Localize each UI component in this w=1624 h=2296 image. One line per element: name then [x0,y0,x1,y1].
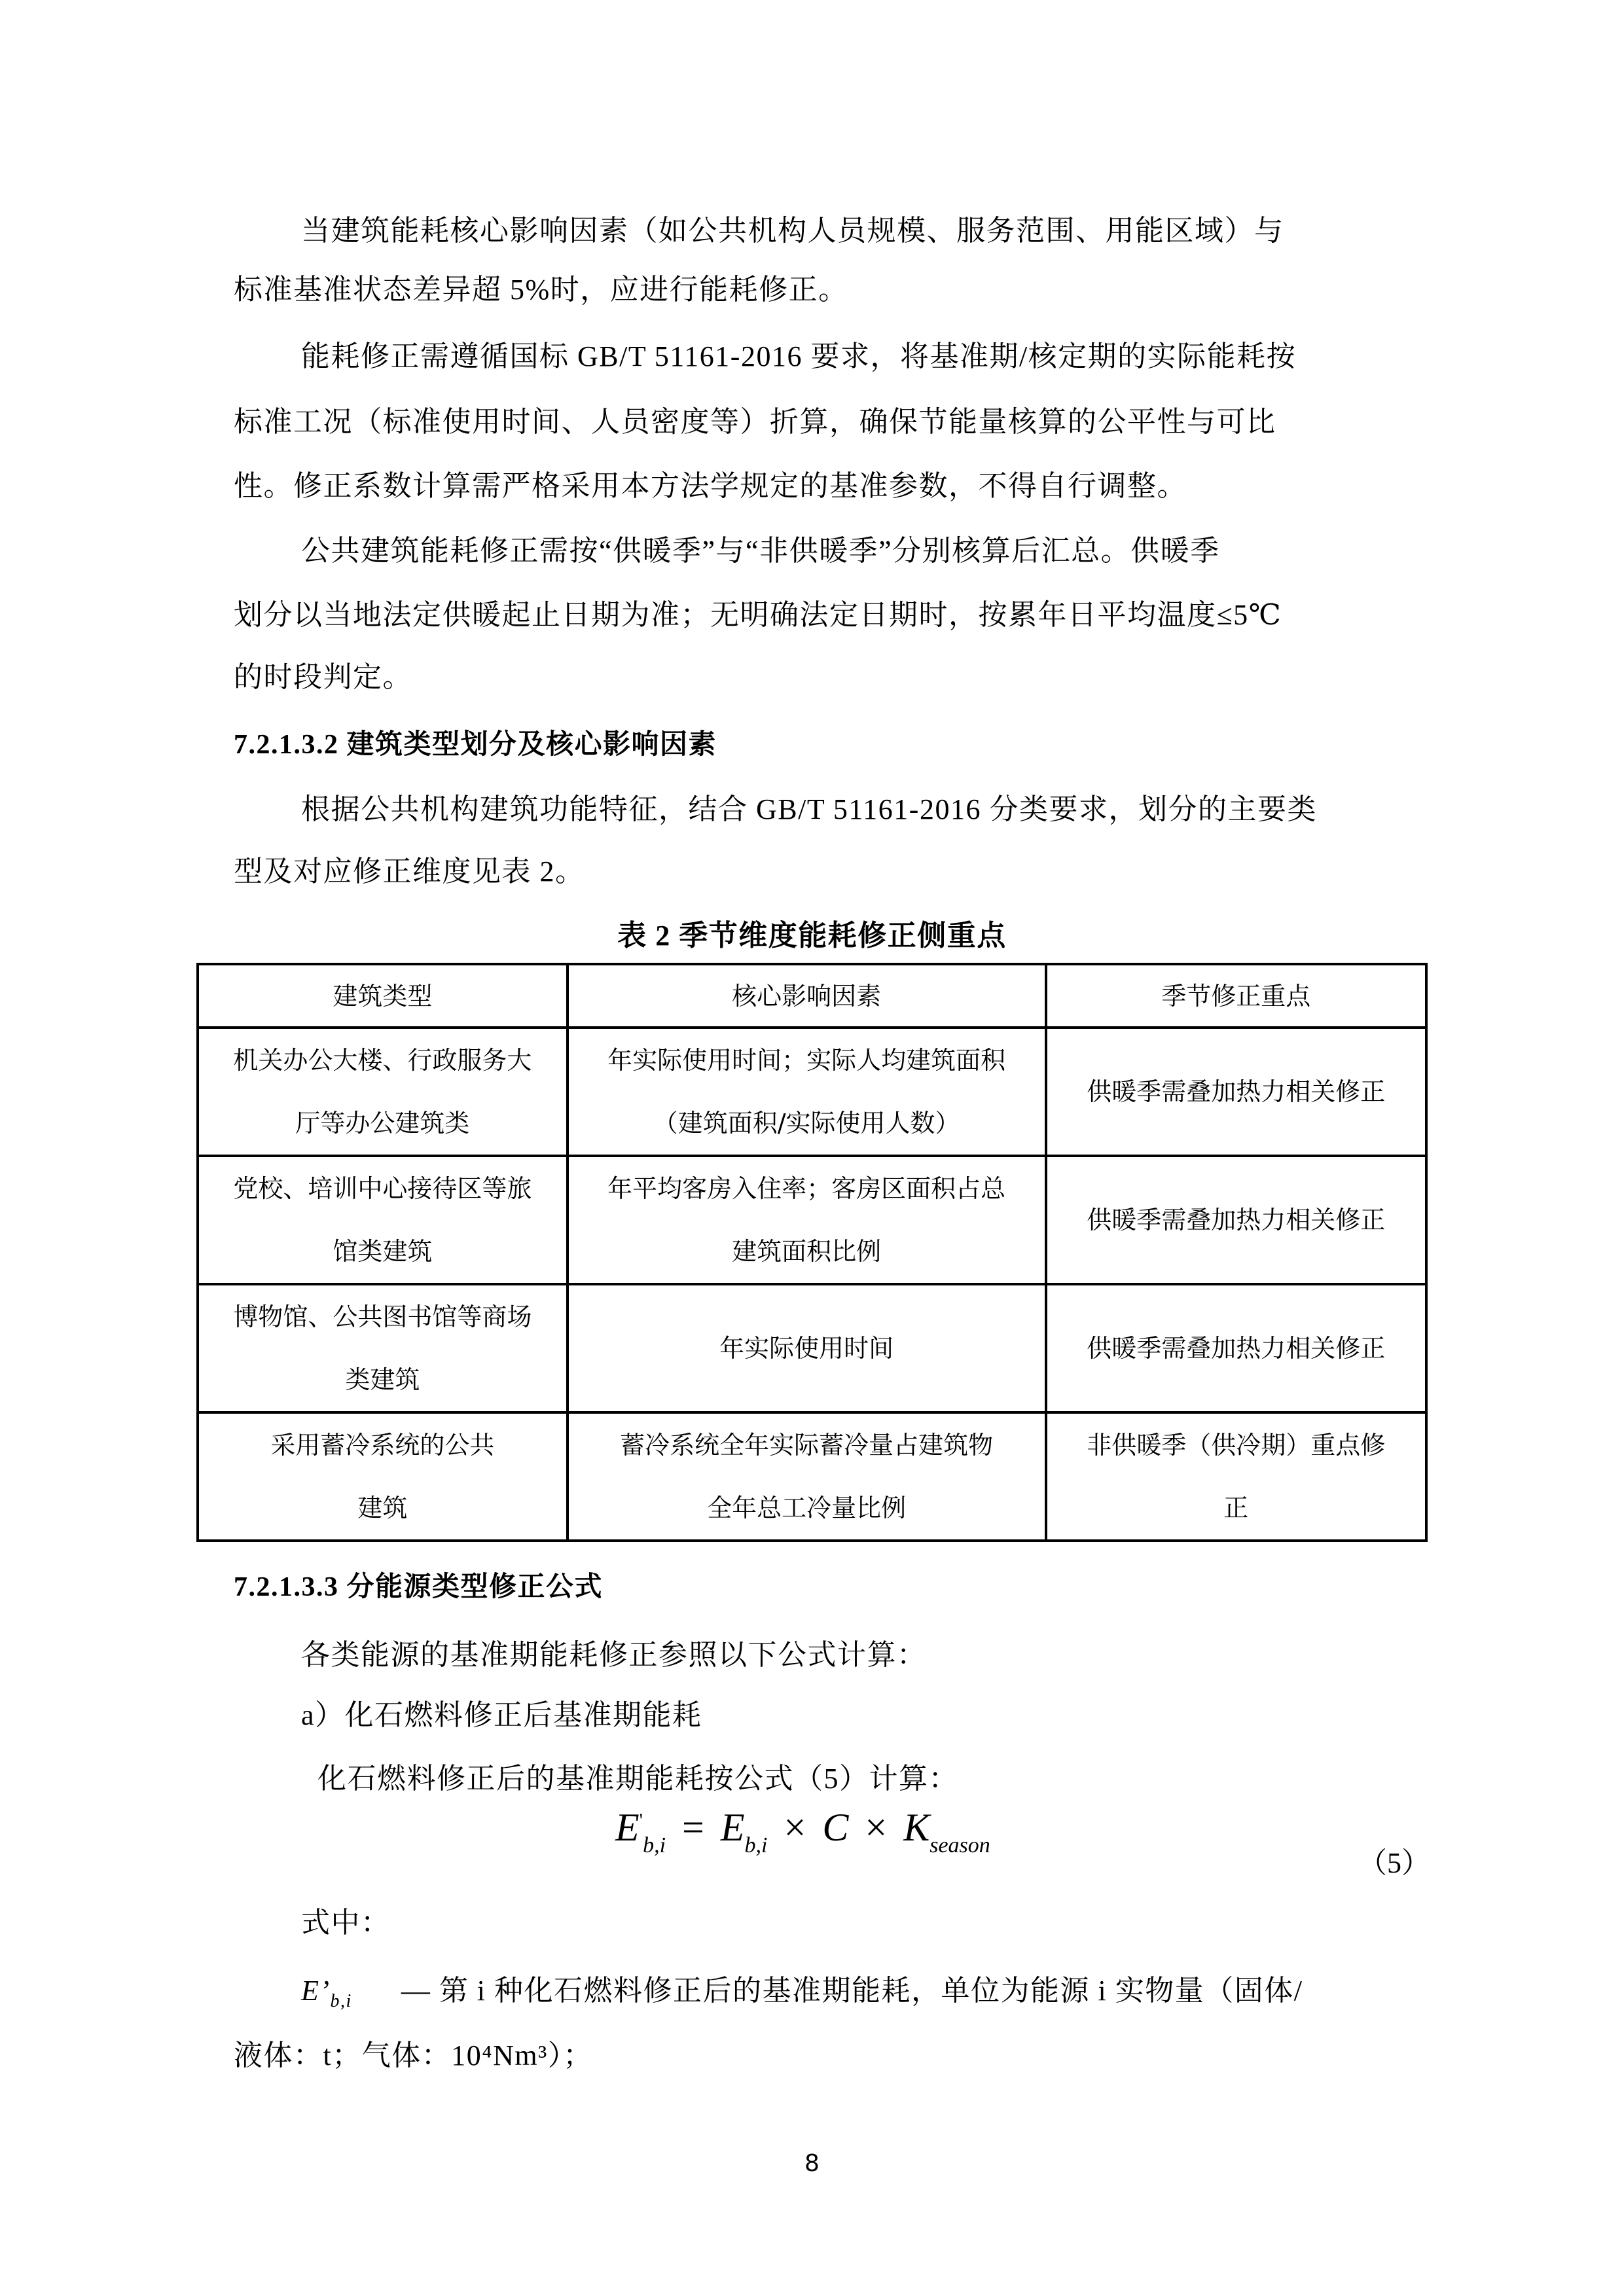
list-item-a: a）化石燃料修正后基准期能耗 [301,1697,702,1734]
where-label: 式中： [301,1905,391,1941]
cell-building-type: 党校、培训中心接待区等旅馆类建筑 [198,1156,568,1284]
paragraph-3-line-3: 的时段判定。 [234,659,412,696]
season-correction-table: 建筑类型 核心影响因素 季节修正重点 机关办公大楼、行政服务大厅等办公建筑类 年… [196,963,1428,1542]
cell-building-type: 机关办公大楼、行政服务大厅等办公建筑类 [198,1028,568,1156]
cell-season-focus: 非供暖季（供冷期）重点修正 [1046,1412,1426,1541]
cell-core-factor: 年实际使用时间 [568,1284,1046,1412]
paragraph-4-line-2: 型及对应修正维度见表 2。 [234,853,585,890]
paragraph-2-line-2: 标准工况（标准使用时间、人员密度等）折算，确保节能量核算的公平性与可比 [234,404,1276,440]
definition-e-prime-line-2: 液体：t；气体：10⁴Nm³）； [234,2037,593,2074]
paragraph-1-line-2: 标准基准状态差异超 5%时，应进行能耗修正。 [234,272,848,308]
table-row: 采用蓄冷系统的公共建筑 蓄冷系统全年实际蓄冷量占建筑物全年总工冷量比例 非供暖季… [198,1412,1426,1541]
header-core-factor: 核心影响因素 [568,964,1046,1028]
paragraph-2-line-1: 能耗修正需遵循国标 GB/T 51161-2016 要求，将基准期/核定期的实际… [301,338,1296,375]
table-caption: 表 2 季节维度能耗修正侧重点 [0,918,1624,954]
formula-5: E'b,i = Eb,i × C × Kseason [615,1805,990,1858]
cell-core-factor: 年实际使用时间；实际人均建筑面积（建筑面积/实际使用人数） [568,1028,1046,1156]
table-row: 博物馆、公共图书馆等商场类建筑 年实际使用时间 供暖季需叠加热力相关修正 [198,1284,1426,1412]
equation-number: （5） [1358,1839,1430,1881]
paragraph-7: 化石燃料修正后的基准期能耗按公式（5）计算： [317,1761,958,1797]
paragraph-2-line-3: 性。修正系数计算需严格采用本方法学规定的基准参数，不得自行调整。 [234,468,1187,505]
header-season-focus: 季节修正重点 [1046,964,1426,1028]
cell-season-focus: 供暖季需叠加热力相关修正 [1046,1284,1426,1412]
header-building-type: 建筑类型 [198,964,568,1028]
paragraph-1-line-1: 当建筑能耗核心影响因素（如公共机构人员规模、服务范围、用能区域）与 [301,213,1284,249]
symbol-e-prime: E’b,i [301,1975,352,2007]
table-header-row: 建筑类型 核心影响因素 季节修正重点 [198,964,1426,1028]
cell-building-type: 采用蓄冷系统的公共建筑 [198,1412,568,1541]
section-heading-7-2-1-3-2: 7.2.1.3.2 建筑类型划分及核心影响因素 [234,726,717,763]
cell-season-focus: 供暖季需叠加热力相关修正 [1046,1156,1426,1284]
definition-e-prime: E’b,i — 第 i 种化石燃料修正后的基准期能耗，单位为能源 i 实物量（固… [301,1973,1303,2020]
table-row: 机关办公大楼、行政服务大厅等办公建筑类 年实际使用时间；实际人均建筑面积（建筑面… [198,1028,1426,1156]
paragraph-3-line-2: 划分以当地法定供暖起止日期为准；无明确法定日期时，按累年日平均温度≤5℃ [234,597,1282,634]
cell-core-factor: 年平均客房入住率；客房区面积占总建筑面积比例 [568,1156,1046,1284]
paragraph-5: 各类能源的基准期能耗修正参照以下公式计算： [301,1637,927,1674]
table-row: 党校、培训中心接待区等旅馆类建筑 年平均客房入住率；客房区面积占总建筑面积比例 … [198,1156,1426,1284]
page-number: 8 [0,2150,1624,2177]
cell-core-factor: 蓄冷系统全年实际蓄冷量占建筑物全年总工冷量比例 [568,1412,1046,1541]
cell-building-type: 博物馆、公共图书馆等商场类建筑 [198,1284,568,1412]
cell-season-focus: 供暖季需叠加热力相关修正 [1046,1028,1426,1156]
paragraph-4-line-1: 根据公共机构建筑功能特征，结合 GB/T 51161-2016 分类要求，划分的… [301,791,1317,828]
section-heading-7-2-1-3-3: 7.2.1.3.3 分能源类型修正公式 [234,1569,603,1605]
paragraph-3-line-1: 公共建筑能耗修正需按“供暖季”与“非供暖季”分别核算后汇总。供暖季 [301,533,1220,569]
